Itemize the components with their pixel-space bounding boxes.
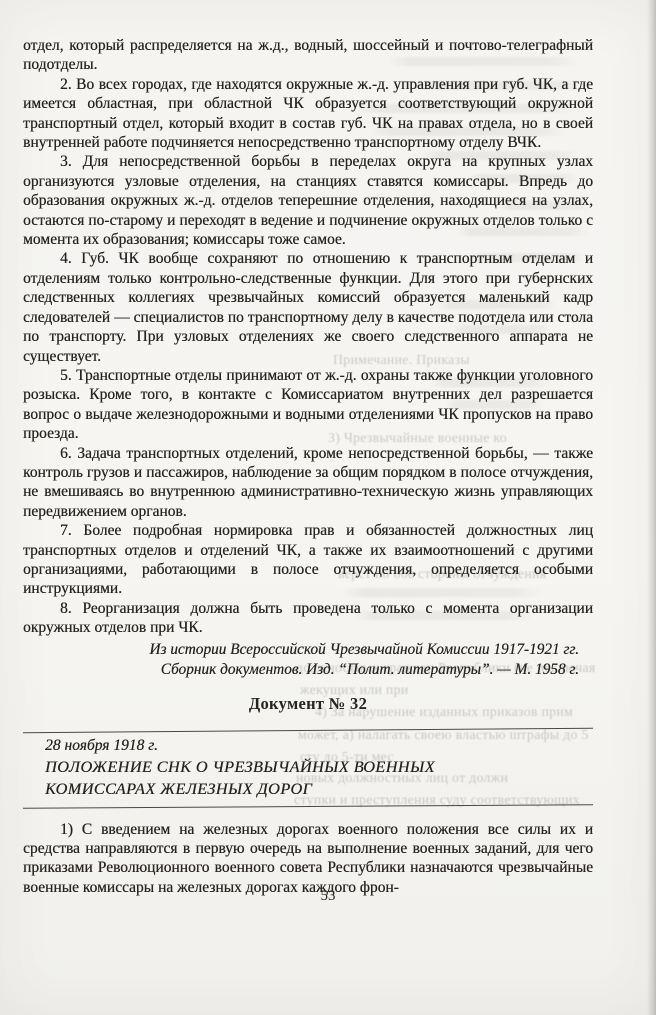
document-number-heading: Документ № 32 — [23, 694, 593, 713]
paragraph-5: 5. Транспортные отделы принимают от ж.-д… — [23, 366, 593, 444]
paragraph-6: 6. Задача транспортных отделений, кроме … — [23, 444, 593, 522]
document-title-line-2: КОМИССАРАХ ЖЕЛЕЗНЫХ ДОРОГ — [45, 778, 593, 801]
document-title-line-1: ПОЛОЖЕНИЕ СНК О ЧРЕЗВЫЧАЙНЫХ ВОЕННЫХ — [45, 756, 593, 779]
paragraph-8: 8. Реорганизация должна быть проведена т… — [23, 599, 593, 638]
horizontal-rule-bottom — [23, 804, 593, 808]
scanned-page: Примечание. Приказы 3) Чрезвычайные воен… — [0, 0, 656, 1015]
paragraph-7: 7. Более подробная нормировка прав и обя… — [23, 521, 593, 599]
paragraph-continuation: отдел, который распределяется на ж.д., в… — [23, 36, 593, 75]
horizontal-rule-top — [23, 727, 593, 732]
source-line-1: Из истории Всероссийской Чрезвычайной Ко… — [23, 640, 579, 661]
source-citation: Из истории Всероссийской Чрезвычайной Ко… — [23, 640, 593, 682]
paragraph-doc32-1: 1) С введением на железных дорогах военн… — [23, 820, 593, 898]
paragraph-3: 3. Для непосредственной борьбы в передел… — [23, 152, 593, 249]
paragraph-4: 4. Губ. ЧК вообще сохраняют по отношению… — [23, 249, 593, 365]
document-date: 28 ноября 1918 г. — [45, 735, 593, 756]
page-content: отдел, который распределяется на ж.д., в… — [23, 36, 593, 897]
document-header: 28 ноября 1918 г. ПОЛОЖЕНИЕ СНК О ЧРЕЗВЫ… — [23, 735, 593, 801]
paragraph-2: 2. Во всех городах, где находятся окружн… — [23, 75, 593, 153]
source-line-2: Сборник документов. Изд. “Полит. литерат… — [23, 660, 579, 681]
scan-edge-shadow — [647, 0, 656, 1015]
page-number: 53 — [0, 888, 656, 905]
